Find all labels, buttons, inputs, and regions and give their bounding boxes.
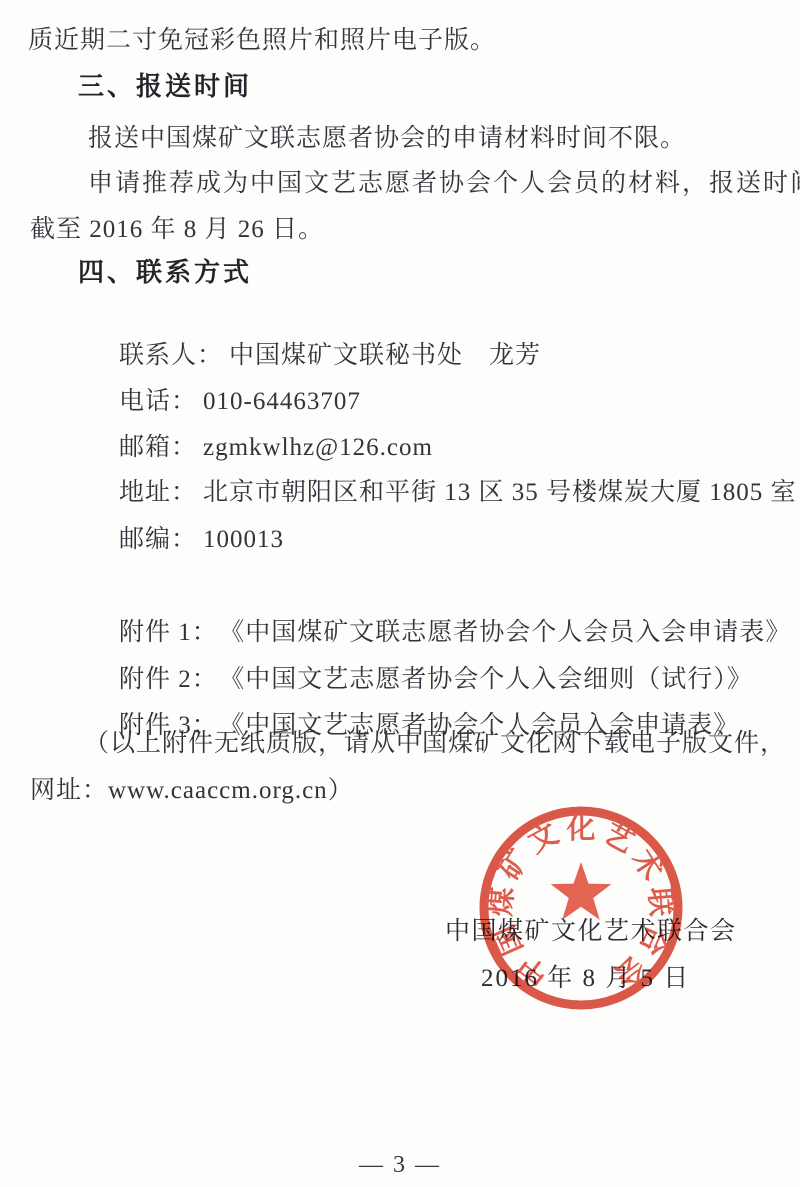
submission-paragraph-2-line-1: 申请推荐成为中国文艺志愿者协会个人会员的材料，报送时间 xyxy=(88,169,800,199)
page-number: — 3 — xyxy=(0,1152,800,1179)
contact-address-value: 北京市朝阳区和平街 13 区 35 号楼煤炭大厦 1805 室 xyxy=(203,479,797,506)
contact-postcode-label: 邮编： xyxy=(119,526,197,553)
intro-line: 质近期二寸免冠彩色照片和照片电子版。 xyxy=(28,26,496,56)
signature-organization: 中国煤矿文化艺术联合会 xyxy=(445,911,737,947)
submission-paragraph-2-line-2: 截至 2016 年 8 月 26 日。 xyxy=(30,215,324,245)
svg-text:矿: 矿 xyxy=(493,844,536,886)
svg-text:化: 化 xyxy=(565,811,595,845)
section-heading-contact: 四、联系方式 xyxy=(78,257,252,288)
attachment-note-line-2: 网址：www.caaccm.org.cn） xyxy=(30,776,354,806)
signature-date: 2016 年 8 月 5 日 xyxy=(481,958,690,994)
contact-postcode-value: 100013 xyxy=(203,526,284,553)
submission-paragraph-1: 报送中国煤矿文联志愿者协会的申请材料时间不限。 xyxy=(88,124,686,154)
svg-text:术: 术 xyxy=(626,844,669,886)
svg-text:艺: 艺 xyxy=(598,817,639,860)
contact-row-postcode: 邮编：100013 xyxy=(90,495,284,585)
section-heading-submission-time: 三、报送时间 xyxy=(78,71,252,102)
svg-text:文: 文 xyxy=(522,817,563,860)
attachment-note-line-1: （以上附件无纸质版，请从中国煤矿文化网下载电子版文件， xyxy=(84,729,786,759)
document-page: 质近期二寸免冠彩色照片和照片电子版。 三、报送时间 报送中国煤矿文联志愿者协会的… xyxy=(0,0,800,1187)
